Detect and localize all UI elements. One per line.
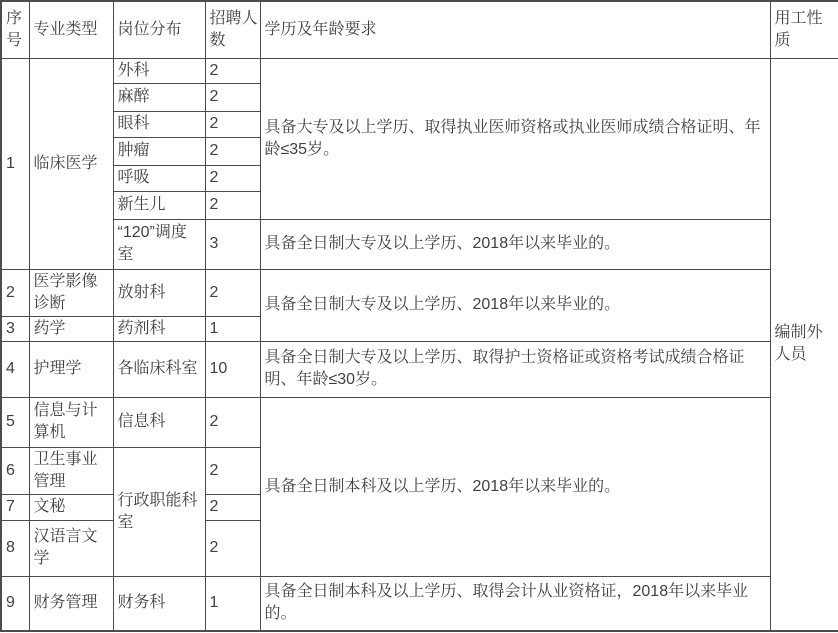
cell-major: 信息与计算机 xyxy=(29,397,113,447)
cell-seq: 1 xyxy=(1,58,29,269)
cell-seq: 2 xyxy=(1,269,29,316)
cell-requirement: 具备全日制本科及以上学历、取得会计从业资格证，2018年以来毕业的。 xyxy=(260,576,770,631)
col-header-seq: 序号 xyxy=(1,1,29,58)
recruitment-table-container: 序号 专业类型 岗位分布 招聘人数 学历及年龄要求 用工性质 1 临床医学 外科… xyxy=(0,0,838,633)
cell-seq: 6 xyxy=(1,447,29,494)
cell-seq: 8 xyxy=(1,520,29,576)
cell-requirement: 具备全日制本科及以上学历、2018年以来毕业的。 xyxy=(260,397,770,576)
table-row: 1 临床医学 外科 2 具备大专及以上学历、取得执业医师资格或执业医师成绩合格证… xyxy=(1,58,838,83)
cell-count: 2 xyxy=(205,58,260,83)
cell-position: 信息科 xyxy=(113,397,205,447)
cell-major: 文秘 xyxy=(29,494,113,520)
cell-count: 2 xyxy=(205,269,260,316)
header-row: 序号 专业类型 岗位分布 招聘人数 学历及年龄要求 用工性质 xyxy=(1,1,838,58)
cell-count: 2 xyxy=(205,191,260,219)
cell-count: 2 xyxy=(205,520,260,576)
cell-position: 新生儿 xyxy=(113,191,205,219)
cell-count: 2 xyxy=(205,111,260,137)
cell-count: 2 xyxy=(205,397,260,447)
cell-requirement: 具备全日制大专及以上学历、2018年以来毕业的。 xyxy=(260,219,770,269)
cell-count: 3 xyxy=(205,219,260,269)
cell-requirement: 具备全日制大专及以上学历、取得护士资格证或资格考试成绩合格证明、年龄≤30岁。 xyxy=(260,341,770,397)
cell-count: 2 xyxy=(205,83,260,111)
cell-major: 汉语言文学 xyxy=(29,520,113,576)
cell-count: 2 xyxy=(205,494,260,520)
table-row: “120”调度室 3 具备全日制大专及以上学历、2018年以来毕业的。 xyxy=(1,219,838,269)
cell-position: 药剂科 xyxy=(113,316,205,341)
cell-seq: 5 xyxy=(1,397,29,447)
cell-position: “120”调度室 xyxy=(113,219,205,269)
table-row: 2 医学影像诊断 放射科 2 具备全日制大专及以上学历、2018年以来毕业的。 xyxy=(1,269,838,316)
cell-position: 财务科 xyxy=(113,576,205,631)
cell-position: 眼科 xyxy=(113,111,205,137)
cell-seq: 7 xyxy=(1,494,29,520)
cell-count: 2 xyxy=(205,447,260,494)
cell-employment-nature: 编制外人员 xyxy=(770,58,838,631)
col-header-position: 岗位分布 xyxy=(113,1,205,58)
recruitment-table: 序号 专业类型 岗位分布 招聘人数 学历及年龄要求 用工性质 1 临床医学 外科… xyxy=(0,0,838,632)
col-header-requirement: 学历及年龄要求 xyxy=(260,1,770,58)
cell-count: 1 xyxy=(205,576,260,631)
cell-major: 药学 xyxy=(29,316,113,341)
cell-major: 护理学 xyxy=(29,341,113,397)
cell-position: 放射科 xyxy=(113,269,205,316)
cell-position: 麻醉 xyxy=(113,83,205,111)
cell-seq: 4 xyxy=(1,341,29,397)
col-header-employment: 用工性质 xyxy=(770,1,838,58)
cell-count: 1 xyxy=(205,316,260,341)
table-row: 9 财务管理 财务科 1 具备全日制本科及以上学历、取得会计从业资格证，2018… xyxy=(1,576,838,631)
cell-position: 外科 xyxy=(113,58,205,83)
cell-position: 各临床科室 xyxy=(113,341,205,397)
cell-major: 临床医学 xyxy=(29,58,113,269)
cell-position: 行政职能科室 xyxy=(113,447,205,576)
cell-count: 2 xyxy=(205,165,260,191)
cell-count: 2 xyxy=(205,137,260,165)
table-row: 5 信息与计算机 信息科 2 具备全日制本科及以上学历、2018年以来毕业的。 xyxy=(1,397,838,447)
cell-position: 肿瘤 xyxy=(113,137,205,165)
cell-position: 呼吸 xyxy=(113,165,205,191)
cell-major: 医学影像诊断 xyxy=(29,269,113,316)
cell-major: 财务管理 xyxy=(29,576,113,631)
cell-count: 10 xyxy=(205,341,260,397)
table-row: 4 护理学 各临床科室 10 具备全日制大专及以上学历、取得护士资格证或资格考试… xyxy=(1,341,838,397)
col-header-count: 招聘人数 xyxy=(205,1,260,58)
cell-requirement: 具备全日制大专及以上学历、2018年以来毕业的。 xyxy=(260,269,770,341)
cell-seq: 3 xyxy=(1,316,29,341)
cell-requirement: 具备大专及以上学历、取得执业医师资格或执业医师成绩合格证明、年龄≤35岁。 xyxy=(260,58,770,219)
cell-seq: 9 xyxy=(1,576,29,631)
cell-major: 卫生事业管理 xyxy=(29,447,113,494)
col-header-major: 专业类型 xyxy=(29,1,113,58)
